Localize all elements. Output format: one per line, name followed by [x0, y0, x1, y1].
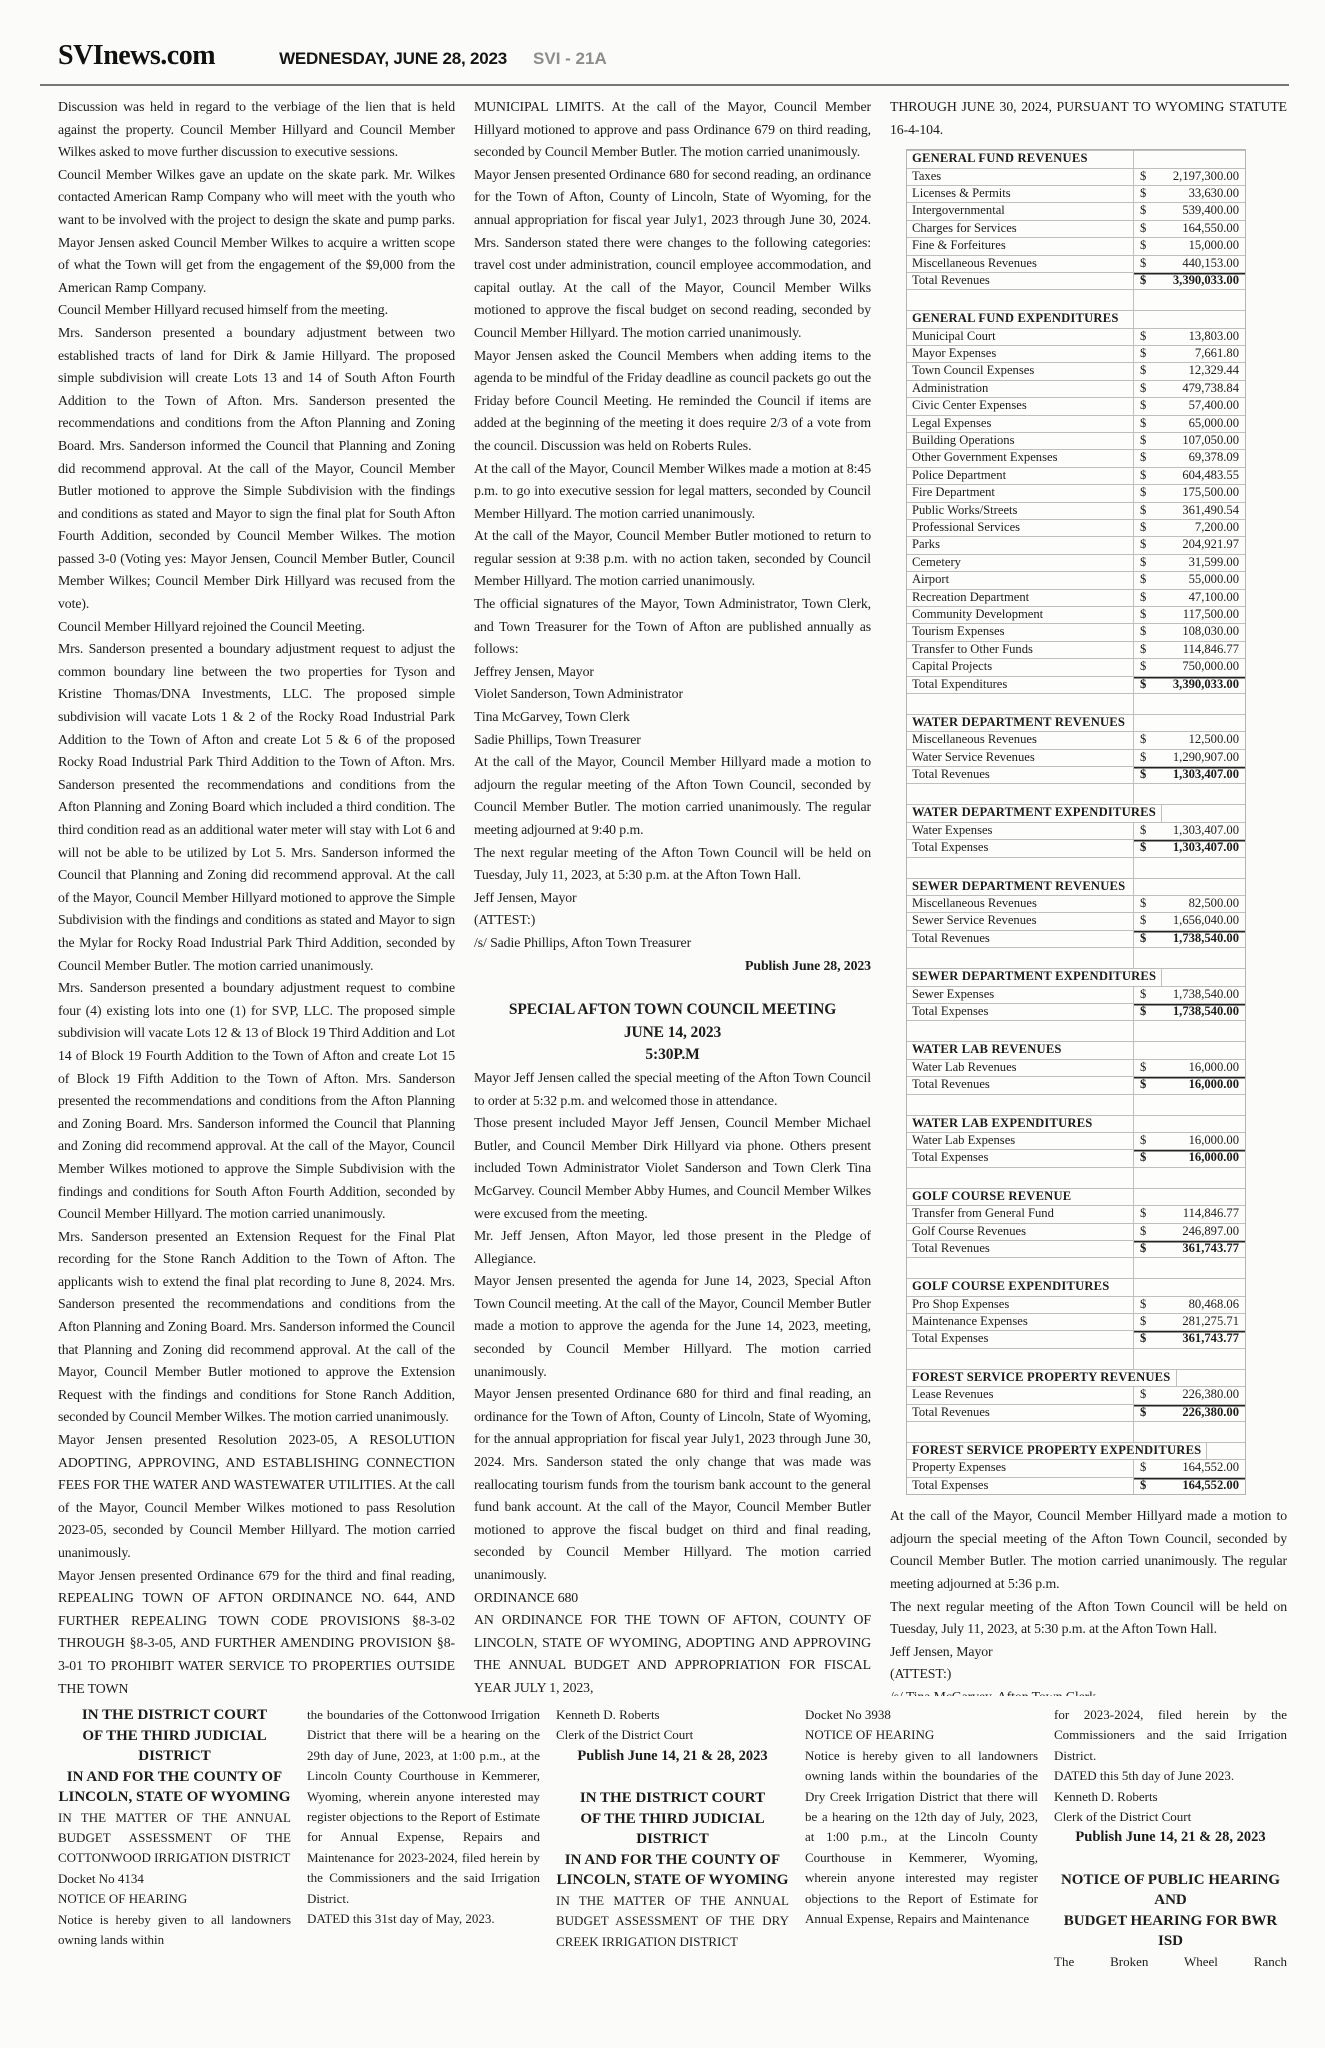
budget-line-item-row: Transfer from General Fund $114,846.77 [907, 1205, 1245, 1222]
budget-section-title-row: WATER DEPARTMENT EXPENDITURES [907, 804, 1245, 821]
legal-notices-section: IN THE DISTRICT COURT OF THE THIRD JUDIC… [58, 1705, 1288, 1983]
paragraph: Mrs. Sanderson presented a boundary adju… [58, 638, 455, 977]
column-3-closing: At the call of the Mayor, Council Member… [890, 1505, 1287, 1696]
dollar-sign: $ [1140, 1478, 1146, 1494]
dollar-sign: $ [1140, 169, 1146, 185]
paragraph: Council Member Wilkes gave an update on … [58, 164, 455, 300]
budget-line-item-row: Recreation Department $47,100.00 [907, 589, 1245, 606]
amount-value: 604,483.55 [1182, 468, 1239, 484]
dollar-sign: $ [1140, 840, 1146, 856]
dollar-sign: $ [1140, 1206, 1146, 1222]
budget-line-item-row: Mayor Expenses $7,661.80 [907, 345, 1245, 362]
dollar-sign: $ [1140, 1297, 1146, 1313]
amount-value: 33,630.00 [1189, 186, 1239, 202]
paragraph: Mrs. Sanderson presented an Extension Re… [58, 1226, 455, 1429]
budget-total-row: Total Revenues $226,380.00 [907, 1404, 1245, 1421]
paragraph: Those present included Mayor Jeff Jensen… [474, 1112, 871, 1225]
budget-section-title-row: WATER LAB REVENUES [907, 1041, 1245, 1058]
court-heading: IN AND FOR THE COUNTY OF LINCOLN, STATE … [556, 1850, 789, 1891]
dollar-sign: $ [1140, 1331, 1146, 1347]
text-line: /s/ Sadie Phillips, Afton Town Treasurer [474, 932, 871, 955]
amount-value: 55,000.00 [1189, 572, 1239, 588]
dollar-sign: $ [1140, 273, 1146, 289]
dollar-sign: $ [1140, 1224, 1146, 1240]
news-column-1: Discussion was held in regard to the ver… [58, 96, 455, 1696]
amount-value: 16,000.00 [1189, 1077, 1239, 1093]
paragraph: Mayor Jensen presented the agenda for Ju… [474, 1270, 871, 1383]
budget-spacer-row [907, 693, 1245, 714]
issue-date: WEDNESDAY, JUNE 28, 2023 [279, 49, 507, 69]
dollar-sign: $ [1140, 1241, 1146, 1257]
section-heading: JUNE 14, 2023 [474, 1022, 871, 1045]
amount-value: 1,303,407.00 [1173, 767, 1239, 783]
text-line: Jeff Jensen, Mayor [474, 887, 871, 910]
text-line: ORDINANCE 680 [474, 1587, 871, 1610]
budget-line-item-row: Parks $204,921.97 [907, 536, 1245, 553]
publish-line: Publish June 28, 2023 [474, 955, 871, 978]
paragraph: Council Member Hillyard rejoined the Cou… [58, 616, 455, 639]
dollar-sign: $ [1140, 931, 1146, 947]
budget-spacer-row [907, 1167, 1245, 1188]
paragraph: At the call of the Mayor, Council Member… [890, 1505, 1287, 1595]
budget-line-item-row: Sewer Service Revenues $1,656,040.00 [907, 912, 1245, 929]
budget-line-item-row: Miscellaneous Revenues $82,500.00 [907, 895, 1245, 912]
amount-value: 1,290,907.00 [1173, 750, 1239, 766]
amount-value: 164,550.00 [1182, 221, 1239, 237]
publish-line: Publish June 14, 21 & 28, 2023 [1054, 1827, 1287, 1847]
dollar-sign: $ [1140, 485, 1146, 501]
dollar-sign: $ [1140, 1314, 1146, 1330]
amount-value: 246,897.00 [1182, 1224, 1239, 1240]
budget-line-item-row: Water Expenses $1,303,407.00 [907, 822, 1245, 839]
budget-total-row: Total Expenditures $3,390,033.00 [907, 676, 1245, 693]
text-line: (ATTEST:) [474, 909, 871, 932]
amount-value: 1,738,540.00 [1173, 987, 1239, 1003]
dollar-sign: $ [1140, 555, 1146, 571]
paragraph: The next regular meeting of the Afton To… [474, 842, 871, 887]
amount-value: 31,599.00 [1189, 555, 1239, 571]
news-column-2: MUNICIPAL LIMITS. At the call of the May… [474, 96, 871, 1696]
text-line: /s/ Tina McGarvey, Afton Town Clerk [890, 1686, 1287, 1696]
amount-value: 539,400.00 [1182, 203, 1239, 219]
stretched-line: The Broken Wheel Ranch [1054, 1952, 1287, 1972]
budget-line-item-row: Intergovernmental $539,400.00 [907, 202, 1245, 219]
amount-value: 175,500.00 [1182, 485, 1239, 501]
budget-spacer-row [907, 947, 1245, 968]
budget-total-row: Total Revenues $1,738,540.00 [907, 930, 1245, 947]
notice-column-2: the boundaries of the Cottonwood Irrigat… [307, 1705, 540, 1983]
dollar-sign: $ [1140, 238, 1146, 254]
amount-value: 16,000.00 [1189, 1133, 1239, 1149]
dollar-sign: $ [1140, 896, 1146, 912]
budget-line-item-row: Capital Projects $750,000.00 [907, 658, 1245, 675]
amount-value: 7,200.00 [1195, 520, 1239, 536]
budget-line-item-row: Golf Course Revenues $246,897.00 [907, 1223, 1245, 1240]
budget-total-row: Total Expenses $1,303,407.00 [907, 839, 1245, 856]
amount-value: 65,000.00 [1189, 416, 1239, 432]
amount-value: 479,738.84 [1182, 381, 1239, 397]
dollar-sign: $ [1140, 607, 1146, 623]
paragraph: Mrs. Sanderson presented a boundary adju… [58, 322, 455, 616]
budget-spacer-row [907, 1348, 1245, 1369]
paragraph: The next regular meeting of the Afton To… [890, 1596, 1287, 1641]
budget-line-item-row: Water Service Revenues $1,290,907.00 [907, 749, 1245, 766]
budget-line-item-row: Pro Shop Expenses $80,468.06 [907, 1296, 1245, 1313]
matter-text: IN THE MATTER OF THE ANNUAL BUDGET ASSES… [556, 1891, 789, 1952]
dollar-sign: $ [1140, 987, 1146, 1003]
text-line: (ATTEST:) [890, 1663, 1287, 1686]
text-line: Clerk of the District Court [1054, 1807, 1287, 1827]
text-line: Tina McGarvey, Town Clerk [474, 706, 871, 729]
budget-line-item-row: Miscellaneous Revenues $440,153.00 [907, 255, 1245, 272]
amount-value: 47,100.00 [1189, 590, 1239, 606]
budget-section-title-row: GOLF COURSE EXPENDITURES [907, 1278, 1245, 1295]
dollar-sign: $ [1140, 823, 1146, 839]
dollar-sign: $ [1140, 398, 1146, 414]
amount-value: 281,275.71 [1182, 1314, 1239, 1330]
amount-value: 3,390,033.00 [1173, 677, 1239, 693]
budget-total-row: Total Expenses $361,743.77 [907, 1330, 1245, 1347]
amount-value: 1,656,040.00 [1173, 913, 1239, 929]
budget-section-title-row: FOREST SERVICE PROPERTY EXPENDITURES [907, 1442, 1245, 1459]
spacer [474, 977, 871, 999]
paragraph: Mayor Jensen presented Ordinance 680 for… [474, 164, 871, 345]
text-line: Kenneth D. Roberts [556, 1705, 789, 1725]
amount-value: 114,846.77 [1183, 642, 1239, 658]
dollar-sign: $ [1140, 381, 1146, 397]
budget-line-item-row: Fine & Forfeitures $15,000.00 [907, 237, 1245, 254]
budget-line-item-row: Civic Center Expenses $57,400.00 [907, 397, 1245, 414]
amount-value: 1,303,407.00 [1173, 840, 1239, 856]
dollar-sign: $ [1140, 1077, 1146, 1093]
dollar-sign: $ [1140, 750, 1146, 766]
notice-column-3: Kenneth D. RobertsClerk of the District … [556, 1705, 789, 1983]
budget-spacer-row [907, 1094, 1245, 1115]
budget-spacer-row [907, 1020, 1245, 1041]
budget-line-item-row: Public Works/Streets $361,490.54 [907, 502, 1245, 519]
paragraph: Mayor Jensen presented Ordinance 680 for… [474, 1383, 871, 1586]
paragraph: Mrs. Sanderson presented a boundary adju… [58, 977, 455, 1226]
paragraph: the boundaries of the Cottonwood Irrigat… [307, 1705, 540, 1909]
amount-value: 164,552.00 [1182, 1460, 1239, 1476]
budget-section-title-row: GENERAL FUND REVENUES [907, 150, 1245, 167]
notice-column-4: Docket No 3938NOTICE OF HEARINGNotice is… [805, 1705, 1038, 1983]
budget-line-item-row: Maintenance Expenses $281,275.71 [907, 1313, 1245, 1330]
matter-text: IN THE MATTER OF THE ANNUAL BUDGET ASSES… [58, 1808, 291, 1869]
amount-value: 114,846.77 [1183, 1206, 1239, 1222]
amount-value: 440,153.00 [1182, 256, 1239, 272]
site-logo: SVInews.com [58, 40, 215, 72]
amount-value: 108,030.00 [1182, 624, 1239, 640]
paragraph: Notice is hereby given to all landowners… [805, 1746, 1038, 1930]
dollar-sign: $ [1140, 537, 1146, 553]
budget-section-title-row: SEWER DEPARTMENT REVENUES [907, 878, 1245, 895]
budget-line-item-row: Water Lab Expenses $16,000.00 [907, 1132, 1245, 1149]
budget-line-item-row: Water Lab Revenues $16,000.00 [907, 1059, 1245, 1076]
budget-line-item-row: Charges for Services $164,550.00 [907, 220, 1245, 237]
masthead: SVInews.com WEDNESDAY, JUNE 28, 2023 SVI… [58, 40, 1288, 78]
text-line: Jeffrey Jensen, Mayor [474, 661, 871, 684]
paragraph: At the call of the Mayor, Council Member… [474, 751, 871, 841]
budget-line-item-row: Lease Revenues $226,380.00 [907, 1386, 1245, 1403]
budget-line-item-row: Cemetery $31,599.00 [907, 554, 1245, 571]
budget-line-item-row: Building Operations $107,050.00 [907, 432, 1245, 449]
dollar-sign: $ [1140, 1060, 1146, 1076]
amount-value: 204,921.97 [1182, 537, 1239, 553]
budget-line-item-row: Town Council Expenses $12,329.44 [907, 362, 1245, 379]
text-line: Sadie Phillips, Town Treasurer [474, 729, 871, 752]
budget-spacer-row [907, 783, 1245, 804]
paragraph: The official signatures of the Mayor, To… [474, 593, 871, 661]
budget-line-item-row: Licenses & Permits $33,630.00 [907, 185, 1245, 202]
text-line: DATED this 31st day of May, 2023. [307, 1909, 540, 1929]
amount-value: 16,000.00 [1189, 1150, 1239, 1166]
dollar-sign: $ [1140, 913, 1146, 929]
spacer [1054, 1848, 1287, 1870]
text-line: Jeff Jensen, Mayor [890, 1641, 1287, 1664]
amount-value: 1,738,540.00 [1173, 1004, 1239, 1020]
budget-line-item-row: Municipal Court $13,803.00 [907, 328, 1245, 345]
dollar-sign: $ [1140, 503, 1146, 519]
section-heading: SPECIAL AFTON TOWN COUNCIL MEETING [474, 999, 871, 1022]
budget-spacer-row [907, 289, 1245, 310]
court-heading: IN THE DISTRICT COURT OF THE THIRD JUDIC… [58, 1705, 291, 1767]
dollar-sign: $ [1140, 450, 1146, 466]
dollar-sign: $ [1140, 520, 1146, 536]
court-heading: IN AND FOR THE COUNTY OF LINCOLN, STATE … [58, 1767, 291, 1808]
paragraph: At the call of the Mayor, Council Member… [474, 525, 871, 593]
text-line: Violet Sanderson, Town Administrator [474, 683, 871, 706]
paragraph: Mayor Jensen presented Resolution 2023-0… [58, 1429, 455, 1565]
column-3-intro: THROUGH JUNE 30, 2024, PURSUANT TO WYOMI… [890, 96, 1287, 141]
paragraph: for 2023-2024, filed herein by the Commi… [1054, 1705, 1287, 1766]
dollar-sign: $ [1140, 256, 1146, 272]
budget-line-item-row: Transfer to Other Funds $114,846.77 [907, 641, 1245, 658]
amount-value: 12,329.44 [1189, 363, 1239, 379]
amount-value: 80,468.06 [1189, 1297, 1239, 1313]
budget-line-item-row: Tourism Expenses $108,030.00 [907, 623, 1245, 640]
dollar-sign: $ [1140, 1133, 1146, 1149]
dollar-sign: $ [1140, 433, 1146, 449]
dollar-sign: $ [1140, 1405, 1146, 1421]
paragraph: Mayor Jeff Jensen called the special mee… [474, 1067, 871, 1112]
dollar-sign: $ [1140, 203, 1146, 219]
section-heading: 5:30P.M [474, 1044, 871, 1067]
notice-column-5: for 2023-2024, filed herein by the Commi… [1054, 1705, 1287, 1983]
budget-line-item-row: Fire Department $175,500.00 [907, 484, 1245, 501]
paragraph: Mr. Jeff Jensen, Afton Mayor, led those … [474, 1225, 871, 1270]
budget-line-item-row: Airport $55,000.00 [907, 571, 1245, 588]
text-line: Docket No 3938 [805, 1705, 1038, 1725]
budget-line-item-row: Administration $479,738.84 [907, 380, 1245, 397]
court-heading: IN THE DISTRICT COURT OF THE THIRD JUDIC… [556, 1788, 789, 1850]
text-line: NOTICE OF HEARING [58, 1889, 291, 1909]
budget-section-title-row: FOREST SERVICE PROPERTY REVENUES [907, 1369, 1245, 1386]
paragraph: Notice is hereby given to all landowners… [58, 1910, 291, 1951]
article-body: Discussion was held in regard to the ver… [58, 96, 1287, 1696]
dollar-sign: $ [1140, 1460, 1146, 1476]
text-line: Docket No 4134 [58, 1869, 291, 1889]
budget-spacer-row [907, 1257, 1245, 1278]
budget-line-item-row: Professional Services $7,200.00 [907, 519, 1245, 536]
budget-total-row: Total Expenses $1,738,540.00 [907, 1003, 1245, 1020]
amount-value: 164,552.00 [1182, 1478, 1239, 1494]
paragraph: At the call of the Mayor, Council Member… [474, 458, 871, 526]
budget-total-row: Total Revenues $3,390,033.00 [907, 272, 1245, 289]
budget-line-item-row: Property Expenses $164,552.00 [907, 1459, 1245, 1476]
amount-value: 12,500.00 [1189, 732, 1239, 748]
dollar-sign: $ [1140, 1387, 1146, 1403]
budget-spacer-row [907, 857, 1245, 878]
dollar-sign: $ [1140, 416, 1146, 432]
text-line: Clerk of the District Court [556, 1725, 789, 1745]
amount-value: 82,500.00 [1189, 896, 1239, 912]
budget-total-row: Total Expenses $16,000.00 [907, 1149, 1245, 1166]
budget-line-item-row: Legal Expenses $65,000.00 [907, 415, 1245, 432]
budget-section-title-row: SEWER DEPARTMENT EXPENDITURES [907, 968, 1245, 985]
dollar-sign: $ [1140, 590, 1146, 606]
amount-value: 1,303,407.00 [1173, 823, 1239, 839]
budget-line-item-row: Miscellaneous Revenues $12,500.00 [907, 731, 1245, 748]
dollar-sign: $ [1140, 767, 1146, 783]
spacer [556, 1766, 789, 1788]
dollar-sign: $ [1140, 677, 1146, 693]
dollar-sign: $ [1140, 221, 1146, 237]
news-column-3: THROUGH JUNE 30, 2024, PURSUANT TO WYOMI… [890, 96, 1287, 1696]
text-line: NOTICE OF HEARING [805, 1725, 1038, 1745]
amount-value: 1,738,540.00 [1173, 931, 1239, 947]
dollar-sign: $ [1140, 329, 1146, 345]
budget-total-row: Total Revenues $361,743.77 [907, 1240, 1245, 1257]
budget-line-item-row: Other Government Expenses $69,378.09 [907, 449, 1245, 466]
dollar-sign: $ [1140, 1150, 1146, 1166]
budget-total-row: Total Expenses $164,552.00 [907, 1477, 1245, 1494]
dollar-sign: $ [1140, 186, 1146, 202]
budget-line-item-row: Community Development $117,500.00 [907, 606, 1245, 623]
amount-value: 361,743.77 [1182, 1241, 1239, 1257]
dollar-sign: $ [1140, 624, 1146, 640]
newspaper-page: SVInews.com WEDNESDAY, JUNE 28, 2023 SVI… [0, 0, 1325, 2048]
budget-section-title-row: WATER LAB EXPENDITURES [907, 1115, 1245, 1132]
amount-value: 13,803.00 [1189, 329, 1239, 345]
budget-section-title-row: GENERAL FUND EXPENDITURES [907, 310, 1245, 327]
budget-line-item-row: Taxes $2,197,300.00 [907, 168, 1245, 185]
amount-value: 750,000.00 [1182, 659, 1239, 675]
dollar-sign: $ [1140, 1004, 1146, 1020]
court-heading: NOTICE OF PUBLIC HEARING AND BUDGET HEAR… [1054, 1870, 1287, 1952]
amount-value: 361,490.54 [1182, 503, 1239, 519]
dollar-sign: $ [1140, 468, 1146, 484]
paragraph: THROUGH JUNE 30, 2024, PURSUANT TO WYOMI… [890, 96, 1287, 141]
paragraph: Mayor Jensen presented Ordinance 679 for… [58, 1565, 455, 1696]
amount-value: 69,378.09 [1189, 450, 1239, 466]
paragraph: Discussion was held in regard to the ver… [58, 96, 455, 164]
amount-value: 361,743.77 [1182, 1331, 1239, 1347]
paragraph: Mayor Jensen asked the Council Members w… [474, 345, 871, 458]
paragraph: Council Member Hillyard recused himself … [58, 299, 455, 322]
amount-value: 57,400.00 [1189, 398, 1239, 414]
amount-value: 226,380.00 [1182, 1387, 1239, 1403]
publish-line: Publish June 14, 21 & 28, 2023 [556, 1746, 789, 1766]
budget-line-item-row: Police Department $604,483.55 [907, 467, 1245, 484]
masthead-rule [40, 84, 1289, 86]
budget-line-item-row: Sewer Expenses $1,738,540.00 [907, 986, 1245, 1003]
amount-value: 117,500.00 [1183, 607, 1239, 623]
notice-column-1: IN THE DISTRICT COURT OF THE THIRD JUDIC… [58, 1705, 291, 1983]
budget-total-row: Total Revenues $1,303,407.00 [907, 766, 1245, 783]
budget-spacer-row [907, 1421, 1245, 1442]
text-line: Kenneth D. Roberts [1054, 1787, 1287, 1807]
amount-value: 226,380.00 [1182, 1405, 1239, 1421]
budget-section-title-row: GOLF COURSE REVENUE [907, 1188, 1245, 1205]
amount-value: 16,000.00 [1189, 1060, 1239, 1076]
dollar-sign: $ [1140, 732, 1146, 748]
dollar-sign: $ [1140, 572, 1146, 588]
amount-value: 7,661.80 [1195, 346, 1239, 362]
dollar-sign: $ [1140, 642, 1146, 658]
amount-value: 107,050.00 [1182, 433, 1239, 449]
paragraph: MUNICIPAL LIMITS. At the call of the May… [474, 96, 871, 164]
amount-value: 15,000.00 [1189, 238, 1239, 254]
budget-table: GENERAL FUND REVENUES Taxes $2,197,300.0… [906, 149, 1246, 1495]
dollar-sign: $ [1140, 363, 1146, 379]
page-number: SVI - 21A [533, 49, 607, 69]
budget-total-row: Total Revenues $16,000.00 [907, 1076, 1245, 1093]
budget-section-title-row: WATER DEPARTMENT REVENUES [907, 714, 1245, 731]
paragraph: AN ORDINANCE FOR THE TOWN OF AFTON, COUN… [474, 1609, 871, 1696]
amount-value: 3,390,033.00 [1173, 273, 1239, 289]
dollar-sign: $ [1140, 346, 1146, 362]
amount-value: 2,197,300.00 [1173, 169, 1239, 185]
dollar-sign: $ [1140, 659, 1146, 675]
text-line: DATED this 5th day of June 2023. [1054, 1766, 1287, 1786]
